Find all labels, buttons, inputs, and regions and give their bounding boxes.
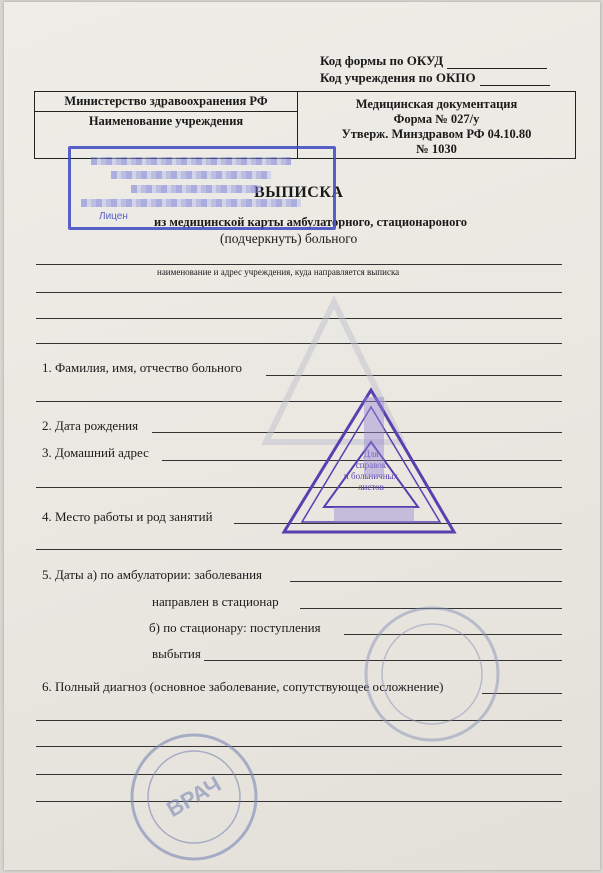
svg-text:ВРАЧ: ВРАЧ: [162, 771, 225, 822]
triangle-stamp-icon: Для справок и больничных листов: [284, 390, 454, 532]
stamps-overlay: Для справок и больничных листов ВРАЧ: [4, 2, 600, 870]
round-stamp-right-icon: [366, 608, 498, 740]
svg-text:листов: листов: [358, 482, 384, 492]
form-sheet: Код формы по ОКУД Код учреждения по ОКПО…: [4, 2, 600, 870]
round-stamp-doctor-icon: ВРАЧ: [132, 735, 256, 859]
